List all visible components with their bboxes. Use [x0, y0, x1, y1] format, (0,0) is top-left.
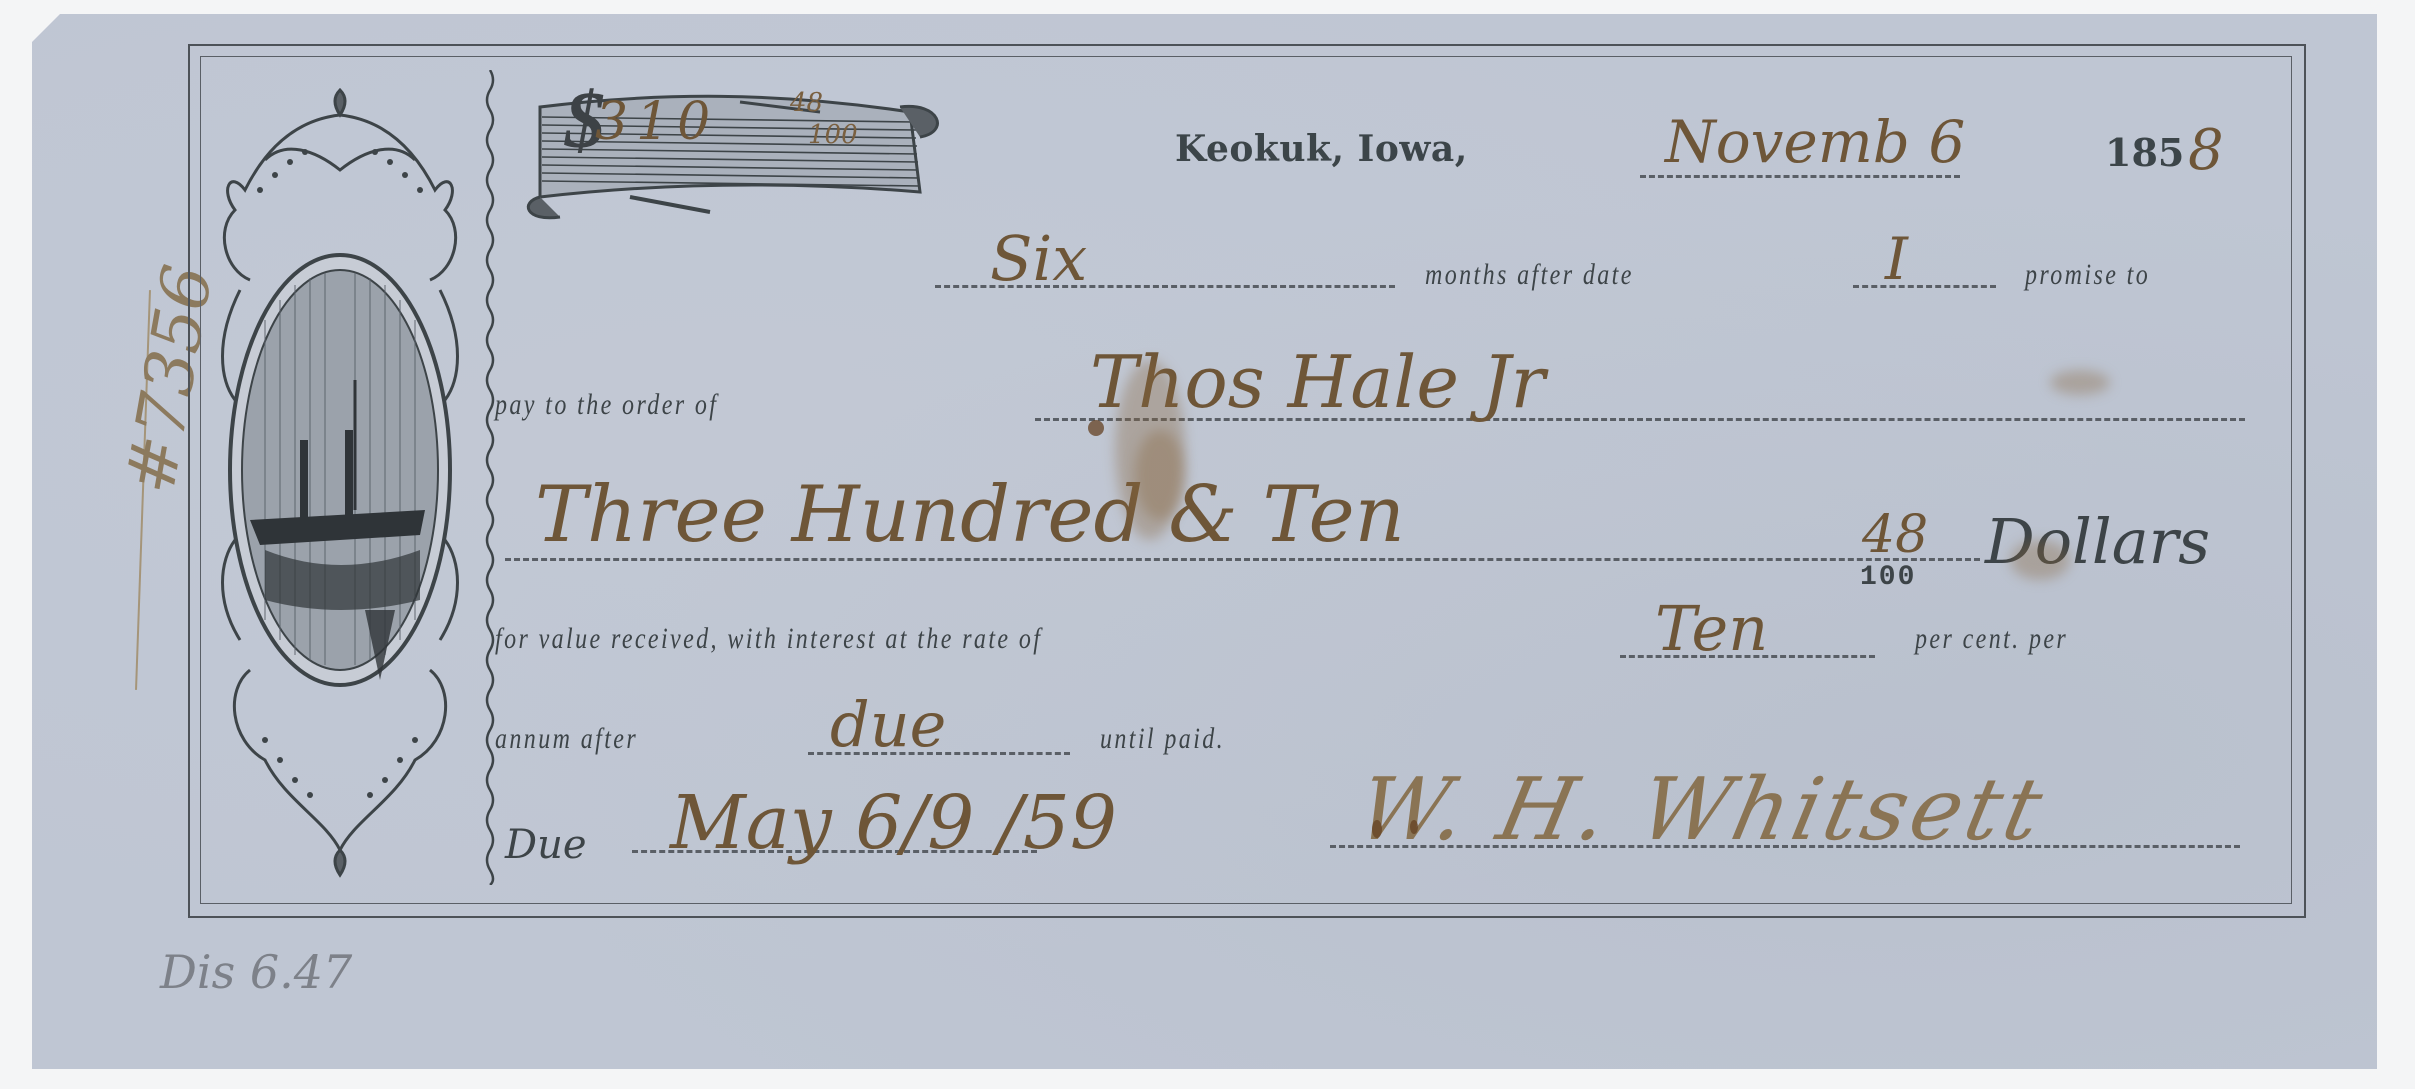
wavy-divider [482, 70, 498, 885]
steamboat-vignette-icon [205, 80, 475, 880]
rate-handwritten: Ten [1655, 592, 1768, 665]
cents-denominator: 100 [1860, 562, 1916, 593]
ink-stain [1135, 430, 1185, 520]
after-handwritten: due [830, 688, 946, 761]
ribbon-cents-numerator: 48 [790, 88, 823, 118]
term-handwritten: Six [990, 222, 1087, 295]
date-handwritten: Novemb 6 [1665, 108, 1965, 176]
ink-blot [1410, 820, 1418, 834]
year-printed: 185 [2105, 130, 2184, 175]
pronoun-handwritten: I [1885, 225, 1908, 293]
printed-months-after-date: months after date [1425, 258, 1634, 292]
pencil-note: Dis 6.47 [160, 945, 352, 999]
printed-due-label: Due [505, 822, 587, 868]
due-date-handwritten: May 6/9 /59 [670, 780, 1117, 866]
printed-for-value-received: for value received, with interest at the… [495, 622, 1042, 656]
printed-annum-after: annum after [495, 722, 638, 756]
amount-words-handwritten: Three Hundred & Ten [535, 470, 1405, 560]
ink-blot [1088, 420, 1104, 436]
cents-handwritten: 48 [1862, 505, 1928, 565]
ink-stain [2050, 370, 2110, 395]
ribbon-cents-denominator: 100 [808, 120, 858, 150]
printed-until-paid: until paid. [1100, 722, 1225, 756]
printed-pay-to-order: pay to the order of [495, 388, 718, 422]
place-heading: Keokuk, Iowa, [1175, 128, 1468, 170]
ink-blot [1372, 820, 1382, 838]
printed-per-cent-per: per cent. per [1915, 622, 2068, 656]
pronoun-line [1853, 285, 1996, 288]
ribbon-cents: 48 100 [790, 88, 823, 118]
year-handwritten: 8 [2188, 118, 2224, 183]
signature-handwritten: W. H. Whitsett [1349, 760, 2054, 860]
ink-stain [2010, 540, 2070, 580]
printed-promise-to: promise to [2025, 258, 2150, 292]
ribbon-amount: 310 [595, 92, 718, 152]
